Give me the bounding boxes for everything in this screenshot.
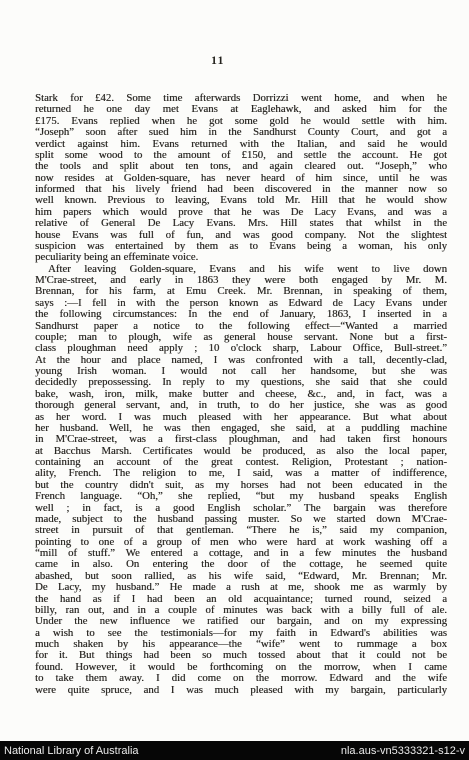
text-line: M'Crae-street, and early in 1863 they we… xyxy=(35,275,447,286)
library-name-label: National Library of Australia xyxy=(4,745,139,757)
text-line: ality, French. The religion to me, I sai… xyxy=(35,468,447,479)
text-line: pointing to one of a group of men who we… xyxy=(35,537,447,548)
text-line: bake, wash, iron, milk, make butter and … xyxy=(35,389,447,400)
text-line: Sandhurst paper a notice to the followin… xyxy=(35,321,447,332)
text-line: for it. But things had been so much toss… xyxy=(35,650,447,661)
footer-bar: National Library of Australia nla.aus-vn… xyxy=(0,741,469,760)
text-line: in M'Crae-street, was a first-class plou… xyxy=(35,434,447,445)
text-line: Brennan, for his farm, at Emu Creek. Mr.… xyxy=(35,286,447,297)
text-line: “Joseph” soon after sued him in the Sand… xyxy=(35,127,447,138)
text-line: house Evans was full of fun, and was goo… xyxy=(35,230,447,241)
text-line: young Irish woman. I would not call her … xyxy=(35,366,447,377)
text-line: came in also. On entering the door of th… xyxy=(35,559,447,570)
text-line: verdict against him. Evans returned with… xyxy=(35,139,447,150)
text-line: thorough general servant, and, in truth,… xyxy=(35,400,447,411)
text-line: French language. “Oh,” she replied, “but… xyxy=(35,491,447,502)
text-line: split some wood to the amount of £150, a… xyxy=(35,150,447,161)
text-line: couple; man to plough, wife as general h… xyxy=(35,332,447,343)
text-line: the tools and split about ten tons, and … xyxy=(35,161,447,172)
text-line: class ploughman need apply ; 10 o'clock … xyxy=(35,343,447,354)
text-line: made, subject to the husband passing mus… xyxy=(35,514,447,525)
text-line: returned he one day met Evans at Eagleha… xyxy=(35,104,447,115)
text-line: found. However, it would be forthcoming … xyxy=(35,662,447,673)
text-line: were quite spruce, and I was much please… xyxy=(35,685,447,696)
text-line: decidedly prepossessing. In reply to my … xyxy=(35,377,447,388)
text-line: After leaving Golden-square, Evans and h… xyxy=(35,264,447,275)
text-line: now resides at Golden-square, has never … xyxy=(35,173,447,184)
text-line: well ; in fact, is a good English schola… xyxy=(35,503,447,514)
text-line: “mill of stuff.” We entered a cottage, a… xyxy=(35,548,447,559)
text-line: at Bacchus Marsh. Certificates would be … xyxy=(35,446,447,457)
text-block: Stark for £42. Some time afterwards Dorr… xyxy=(35,93,447,696)
scan-identifier-label: nla.aus-vn5333321-s12-v xyxy=(341,745,465,757)
text-line: £175. Evans replied when he got some gol… xyxy=(35,116,447,127)
text-line: much shaken by his appearance—the “wife”… xyxy=(35,639,447,650)
text-line: Stark for £42. Some time afterwards Dorr… xyxy=(35,93,447,104)
text-line: Under the new influence we ratified our … xyxy=(35,616,447,627)
scanned-page: 11 Stark for £42. Some time afterwards D… xyxy=(0,0,469,760)
text-line: abashed, but soon rallied, as his wife s… xyxy=(35,571,447,582)
text-line: her husband. Well, he was then engaged, … xyxy=(35,423,447,434)
text-line: De Lacy, my husband.” He made a rush at … xyxy=(35,582,447,593)
text-line: relative of General De Lacy Evans. Mrs. … xyxy=(35,218,447,229)
text-line: the hand as if I had been an old acquain… xyxy=(35,594,447,605)
text-line: says :—I fell in with the person known a… xyxy=(35,298,447,309)
text-line: billy, ran out, and in a couple of minut… xyxy=(35,605,447,616)
text-line: informed that his lively friend had been… xyxy=(35,184,447,195)
page-number: 11 xyxy=(202,55,234,67)
text-line: suspicion was entertained by them as to … xyxy=(35,241,447,252)
text-line: peculiarity being an effeminate voice. xyxy=(35,252,447,263)
text-line: street in pursuit of that gentleman. “Th… xyxy=(35,525,447,536)
text-line: containing an account of the great conte… xyxy=(35,457,447,468)
text-line: the following circumstances: In the end … xyxy=(35,309,447,320)
text-line: At the hour and place named, I was confr… xyxy=(35,355,447,366)
text-line: but the country didn't suit, as my horse… xyxy=(35,480,447,491)
text-line: to take them away. I did come on the mor… xyxy=(35,673,447,684)
text-line: well known. Previous to leaving, Evans t… xyxy=(35,195,447,206)
text-line: him papers which would prove that he was… xyxy=(35,207,447,218)
text-line: as her word. I was much pleased with her… xyxy=(35,412,447,423)
text-line: a wish to see the testimonials—for my fa… xyxy=(35,628,447,639)
